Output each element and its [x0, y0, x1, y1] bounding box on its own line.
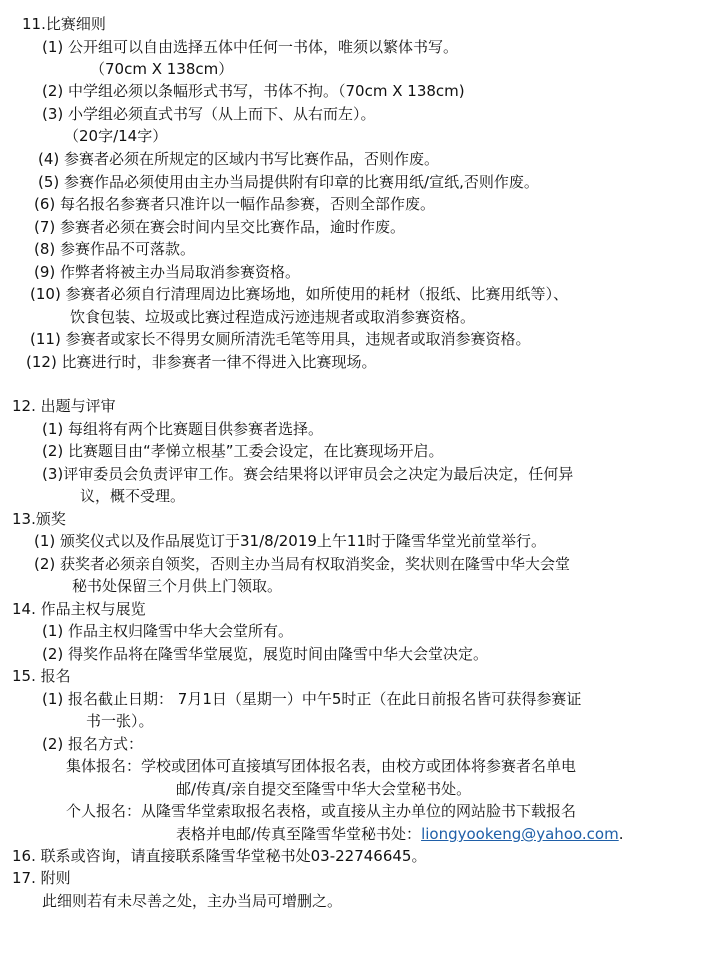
email-line-suffix: . — [619, 825, 624, 843]
text-line: (9) 作弊者将被主办当局取消参赛资格。 — [34, 262, 300, 282]
text-line: (8) 参赛作品不可落款。 — [34, 239, 195, 259]
text-line: 14. 作品主权与展览 — [12, 599, 146, 619]
text-line: 书一张）。 — [86, 711, 154, 731]
text-line: (12) 比赛进行时，非参赛者一律不得进入比赛现场。 — [26, 352, 377, 372]
text-line: 集体报名：学校或团体可直接填写团体报名表，由校方或团体将参赛者名单电 — [66, 756, 576, 776]
text-line: (2) 中学组必须以条幅形式书写，书体不拘。（70cm X 138cm) — [42, 81, 465, 101]
text-line: (1) 公开组可以自由选择五体中任何一书体，唯须以繁体书写。 — [42, 37, 458, 57]
text-line: 15. 报名 — [12, 666, 71, 686]
text-line: 议，概不受理。 — [80, 486, 185, 506]
text-line: (10) 参赛者必须自行清理周边比赛场地，如所使用的耗材（报纸、比赛用纸等）、 — [30, 284, 568, 304]
text-line: (2) 得奖作品将在隆雪华堂展览，展览时间由隆雪中华大会堂决定。 — [42, 644, 488, 664]
text-line: (1) 作品主权归隆雪中华大会堂所有。 — [42, 621, 293, 641]
text-line: 邮/传真/亲自提交至隆雪中华大会堂秘书处。 — [176, 779, 471, 799]
text-line: (2) 获奖者必须亲自领奖，否则主办当局有权取消奖金，奖状则在隆雪中华大会堂 — [34, 554, 570, 574]
text-line: 饮食包装、垃圾或比赛过程造成污迹违规者或取消参赛资格。 — [70, 307, 475, 327]
text-line: 13.颁奖 — [12, 509, 66, 529]
email-line: 表格并电邮/传真至隆雪华堂秘书处：liongyookeng@yahoo.com. — [176, 824, 624, 844]
text-line: （20字/14字） — [64, 126, 167, 146]
text-line: (11) 参赛者或家长不得男女厕所清洗毛笔等用具，违规者或取消参赛资格。 — [30, 329, 531, 349]
text-line: 11.比赛细则 — [22, 14, 106, 34]
text-line: 17. 附则 — [12, 868, 71, 888]
text-line: (2) 比赛题目由“孝悌立根基”工委会设定，在比赛现场开启。 — [42, 441, 444, 461]
text-line: （70cm X 138cm） — [90, 59, 233, 79]
email-line-prefix: 表格并电邮/传真至隆雪华堂秘书处： — [176, 825, 421, 843]
text-line: (1) 报名截止日期： 7月1日（星期一）中午5时正（在此日前报名皆可获得参赛证 — [42, 689, 581, 709]
text-line: (7) 参赛者必须在赛会时间内呈交比赛作品，逾时作废。 — [34, 217, 405, 237]
text-line: (1) 每组将有两个比赛题目供参赛者选择。 — [42, 419, 323, 439]
text-line: (1) 颁奖仪式以及作品展览订于31/8/2019上午11时于隆雪华堂光前堂举行… — [34, 531, 546, 551]
text-line: (5) 参赛作品必须使用由主办当局提供附有印章的比赛用纸/宣纸,否则作废。 — [38, 172, 539, 192]
text-line: (3) 小学组必须直式书写（从上而下、从右而左）。 — [42, 104, 376, 124]
text-line: 16. 联系或咨询，请直接联系隆雪华堂秘书处03-22746645。 — [12, 846, 426, 866]
text-line: 12. 出题与评审 — [12, 396, 116, 416]
text-line: 秘书处保留三个月供上门领取。 — [72, 576, 282, 596]
text-line: (6) 每名报名参赛者只准许以一幅作品参赛，否则全部作废。 — [34, 194, 435, 214]
text-line: (3)评审委员会负责评审工作。赛会结果将以评审员会之决定为最后决定，任何异 — [42, 464, 573, 484]
text-line: (2) 报名方式： — [42, 734, 143, 754]
text-line: (4) 参赛者必须在所规定的区域内书写比赛作品，否则作废。 — [38, 149, 439, 169]
email-link[interactable]: liongyookeng@yahoo.com — [421, 825, 619, 843]
text-line: 个人报名：从隆雪华堂索取报名表格，或直接从主办单位的网站脸书下载报名 — [66, 801, 576, 821]
text-line: 此细则若有未尽善之处，主办当局可增删之。 — [42, 891, 342, 911]
